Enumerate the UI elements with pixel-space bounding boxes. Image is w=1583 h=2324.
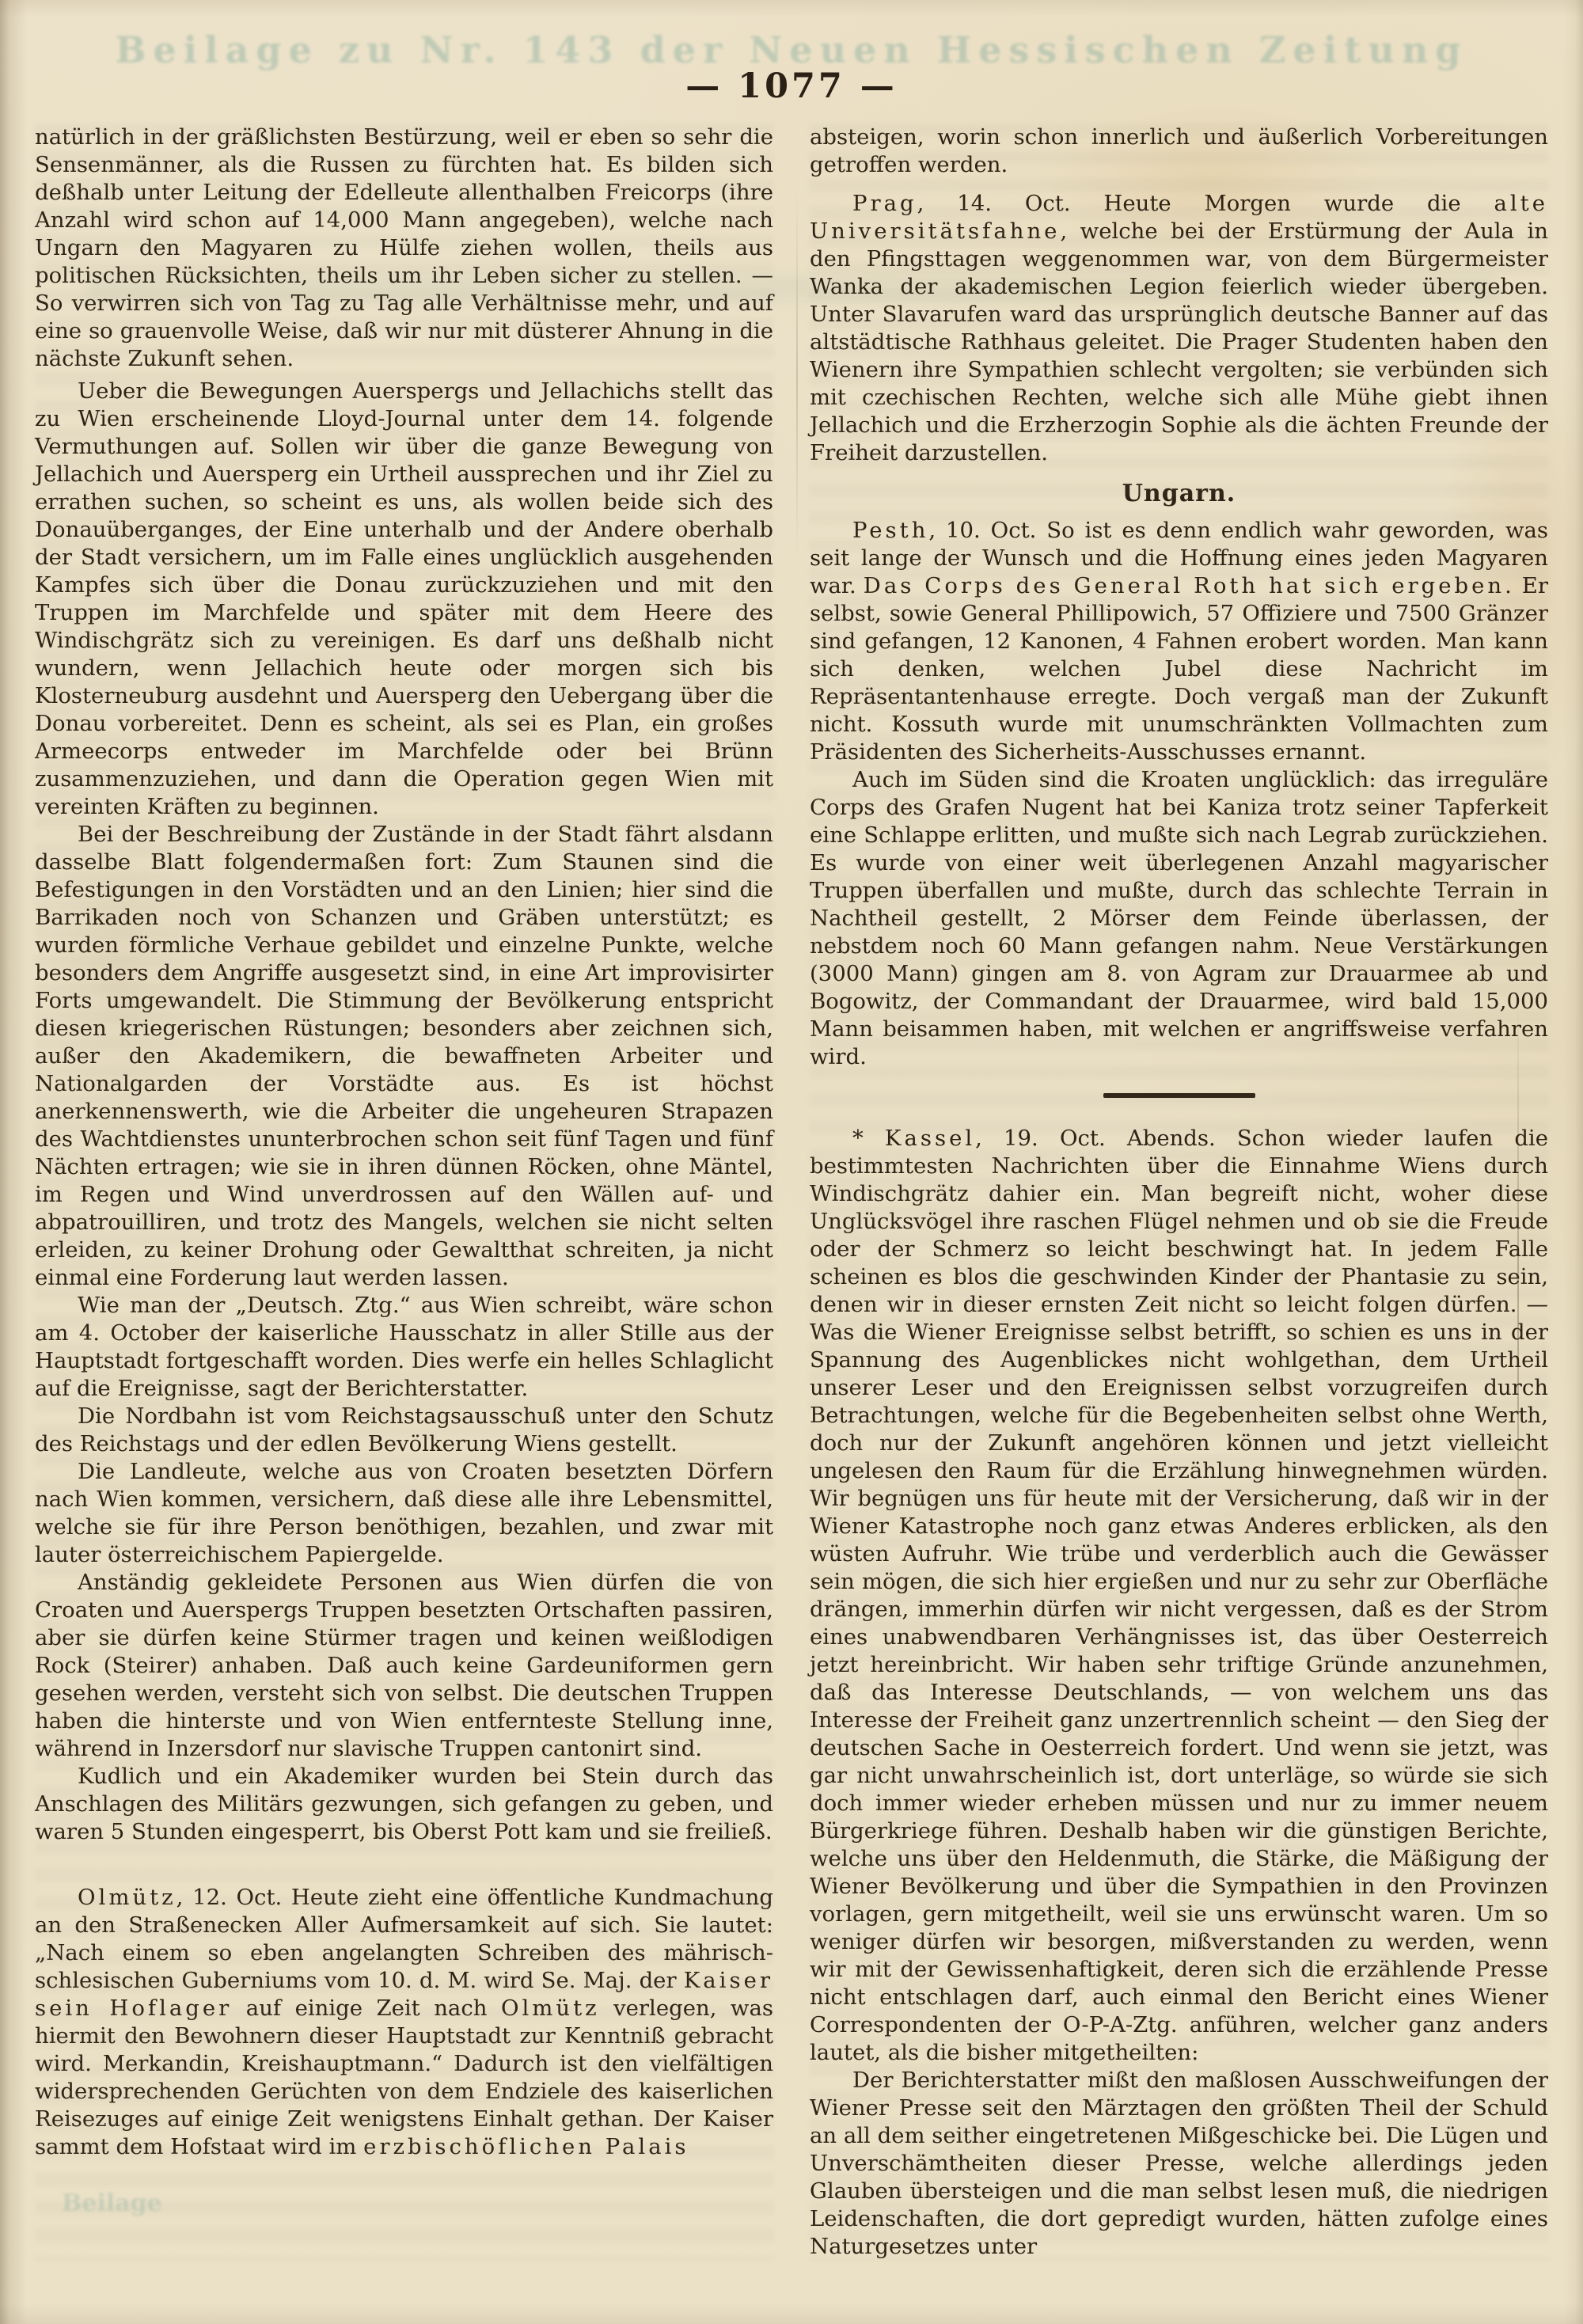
body-text: Die Landleute, welche aus von Croaten be… <box>35 1459 773 1567</box>
article-paragraph: * Kassel, 19. Oct. Abends. Schon wieder … <box>810 1125 1548 2067</box>
article-body: natürlich in der gräßlichsten Bestürzung… <box>35 123 1548 2261</box>
newspaper-page: { "page": { "ghost_header": "Beilage zu … <box>0 0 1583 2324</box>
article-paragraph: Kudlich und ein Akademiker wurden bei St… <box>35 1763 773 1846</box>
article-paragraph: Auch im Süden sind die Kroaten unglückli… <box>810 766 1548 1071</box>
body-text: Kudlich und ein Akademiker wurden bei St… <box>35 1764 773 1844</box>
body-text: Wie man der „Deutsch. Ztg.“ aus Wien sch… <box>35 1293 773 1401</box>
body-text: Er selbst, sowie General Phillipowich, 5… <box>810 573 1548 765</box>
body-text: Anständig gekleidete Personen aus Wien d… <box>35 1570 773 1761</box>
article-paragraph: Wie man der „Deutsch. Ztg.“ aus Wien sch… <box>35 1292 773 1403</box>
article-paragraph: Prag, 14. Oct. Heute Morgen wurde die al… <box>810 190 1548 467</box>
article-paragraph: absteigen, worin schon innerlich und äuß… <box>810 123 1548 179</box>
article-paragraph: Bei der Beschreibung der Zustände in der… <box>35 821 773 1292</box>
body-text: * <box>852 1126 885 1151</box>
article-paragraph: Olmütz, 12. Oct. Heute zieht eine öffent… <box>35 1884 773 2161</box>
body-text: , welche bei der Erstürmung der Aula in … <box>810 218 1548 465</box>
body-text: Der Berichterstatter mißt den maßlosen A… <box>810 2068 1548 2259</box>
article-paragraph: Pesth, 10. Oct. So ist es denn endlich w… <box>810 517 1548 766</box>
article-paragraph: Die Landleute, welche aus von Croaten be… <box>35 1458 773 1569</box>
body-text: Bei der Beschreibung der Zustände in der… <box>35 822 773 1290</box>
section-heading: Ungarn. <box>810 480 1548 507</box>
body-text: absteigen, worin schon innerlich und äuß… <box>810 124 1548 177</box>
page-number: — 1077 — <box>0 66 1583 106</box>
left-column: natürlich in der gräßlichsten Bestürzung… <box>35 123 773 2261</box>
body-text: Ueber die Bewegungen Auerspergs und Jell… <box>35 378 773 819</box>
article-paragraph: Der Berichterstatter mißt den maßlosen A… <box>810 2067 1548 2261</box>
article-paragraph: natürlich in der gräßlichsten Bestürzung… <box>35 123 773 373</box>
section-divider-rule <box>1103 1093 1255 1098</box>
right-column: absteigen, worin schon innerlich und äuß… <box>810 123 1548 2261</box>
ghost-header-showthrough: Beilage zu Nr. 143 der Neuen Hessischen … <box>0 28 1583 71</box>
article-paragraph: Anständig gekleidete Personen aus Wien d… <box>35 1569 773 1763</box>
body-text: , 14. Oct. Heute Morgen wurde die <box>917 191 1494 216</box>
emphasized-text: Prag <box>852 191 917 216</box>
emphasized-text: Kassel <box>885 1126 975 1151</box>
emphasized-text: Olmütz <box>501 1996 600 2021</box>
emphasized-text: Das Corps des General Roth hat sich erge… <box>864 573 1515 598</box>
body-text: Auch im Süden sind die Kroaten unglückli… <box>810 767 1548 1069</box>
emphasized-text: Olmütz <box>78 1885 177 1910</box>
emphasized-text: erzbischöflichen Palais <box>363 2134 689 2159</box>
emphasized-text: Pesth <box>852 518 928 543</box>
article-paragraph: Ueber die Bewegungen Auerspergs und Jell… <box>35 378 773 821</box>
body-text: , 19. Oct. Abends. Schon wieder laufen d… <box>810 1126 1548 2065</box>
body-text: Die Nordbahn ist vom Reichstagsausschuß … <box>35 1403 773 1456</box>
body-text: auf einige Zeit nach <box>232 1996 501 2021</box>
article-paragraph: Die Nordbahn ist vom Reichstagsausschuß … <box>35 1403 773 1458</box>
body-text: natürlich in der gräßlichsten Bestürzung… <box>35 124 773 371</box>
